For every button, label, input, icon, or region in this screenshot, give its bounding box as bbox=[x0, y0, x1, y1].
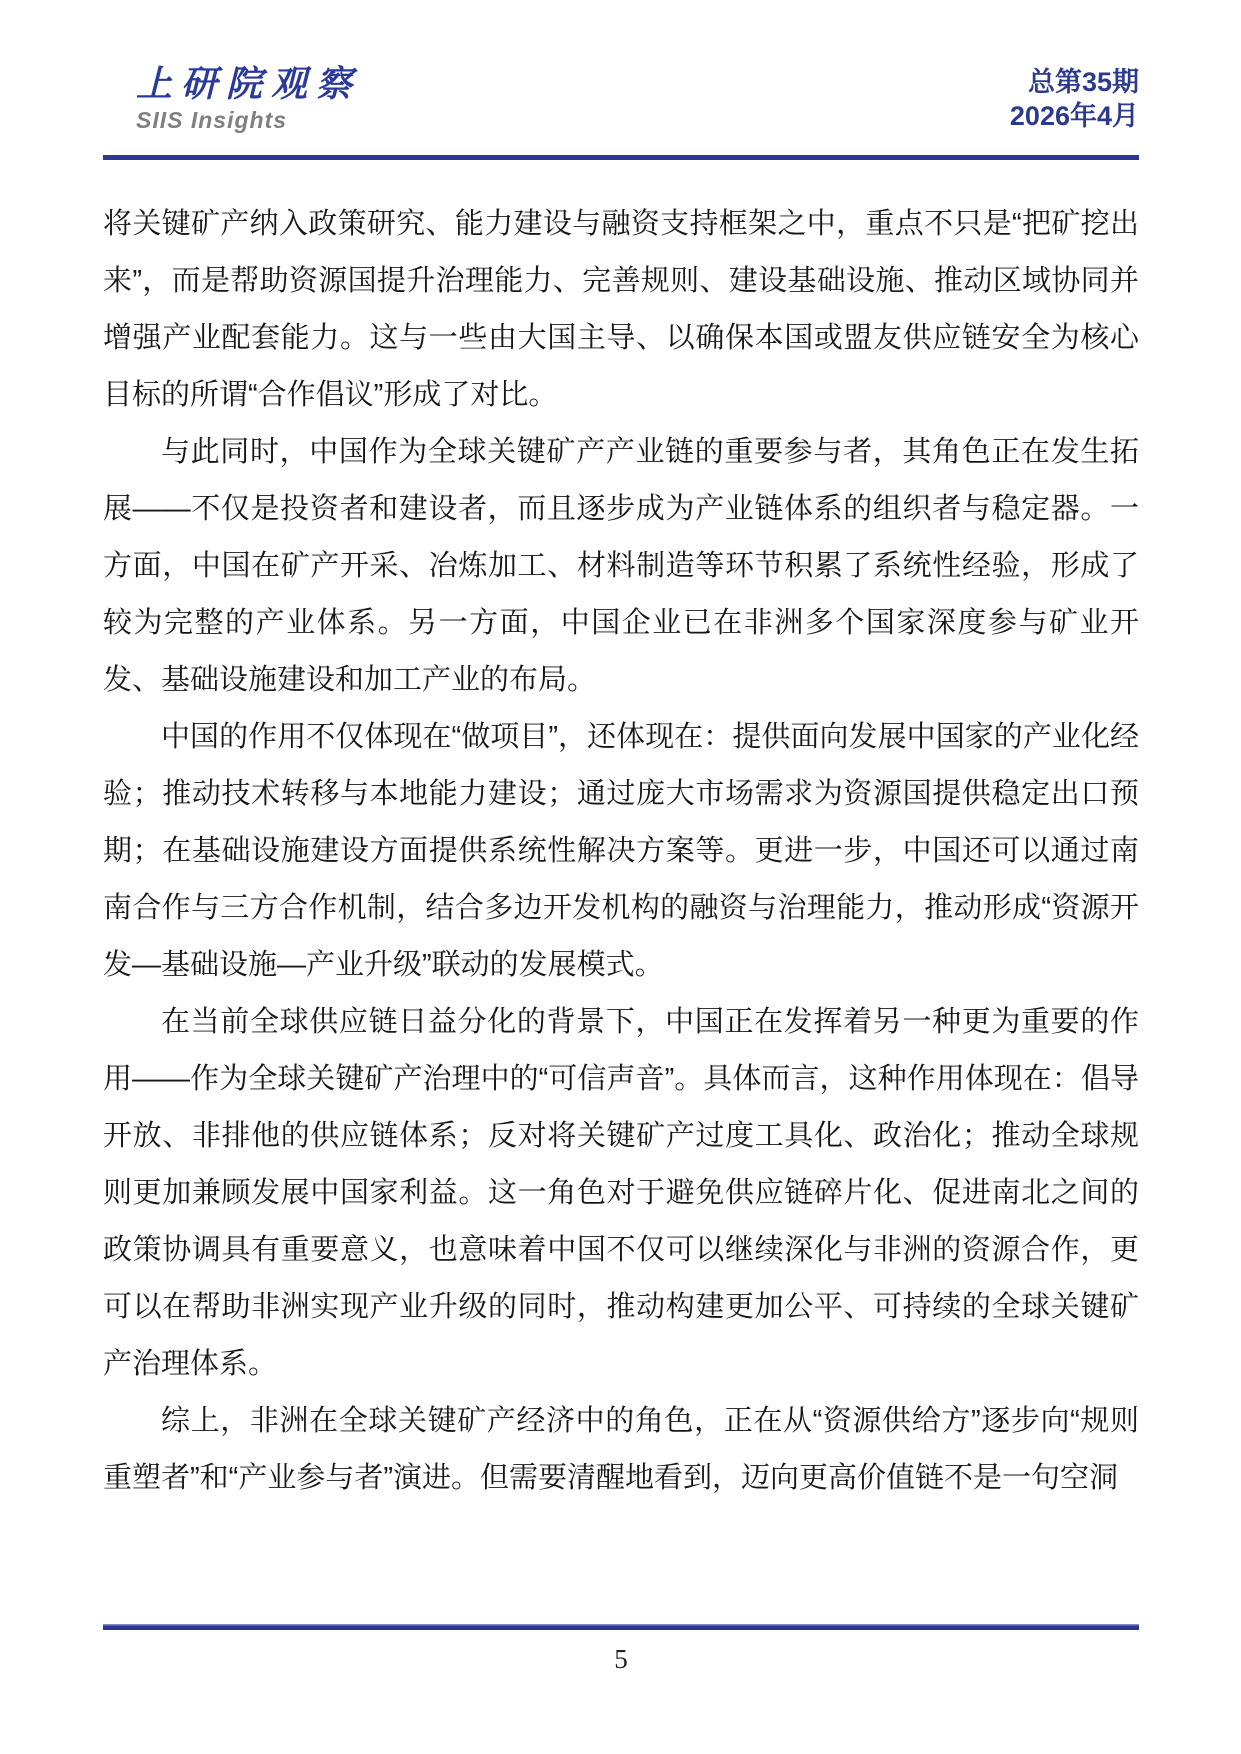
publication-logo: 上研院观察 SIIS Insights bbox=[136, 58, 361, 133]
issue-number: 总第35期 bbox=[1010, 65, 1139, 99]
issue-date: 2026年4月 bbox=[1010, 99, 1139, 133]
logo-chinese-title: 上研院观察 bbox=[136, 64, 361, 104]
paragraph: 将关键矿产纳入政策研究、能力建设与融资支持框架之中，重点不只是“把矿挖出来”，而… bbox=[103, 196, 1139, 424]
document-page: 上研院观察 SIIS Insights 总第35期 2026年4月 将关键矿产纳… bbox=[0, 0, 1241, 1754]
logo-english-title: SIIS Insights bbox=[136, 107, 361, 133]
footer-divider bbox=[103, 1624, 1139, 1630]
page-header: 上研院观察 SIIS Insights 总第35期 2026年4月 bbox=[103, 58, 1139, 133]
paragraph: 与此同时，中国作为全球关键矿产产业链的重要参与者，其角色正在发生拓展——不仅是投… bbox=[103, 424, 1139, 709]
paragraph: 在当前全球供应链日益分化的背景下，中国正在发挥着另一种更为重要的作用——作为全球… bbox=[103, 994, 1139, 1393]
article-body: 将关键矿产纳入政策研究、能力建设与融资支持框架之中，重点不只是“把矿挖出来”，而… bbox=[103, 196, 1139, 1507]
header-divider bbox=[103, 155, 1139, 160]
issue-info: 总第35期 2026年4月 bbox=[1010, 58, 1139, 133]
paragraph: 中国的作用不仅体现在“做项目”，还体现在：提供面向发展中国家的产业化经验；推动技… bbox=[103, 709, 1139, 994]
paragraph: 综上，非洲在全球关键矿产经济中的角色，正在从“资源供给方”逐步向“规则重塑者”和… bbox=[103, 1393, 1139, 1507]
page-number: 5 bbox=[103, 1644, 1139, 1675]
